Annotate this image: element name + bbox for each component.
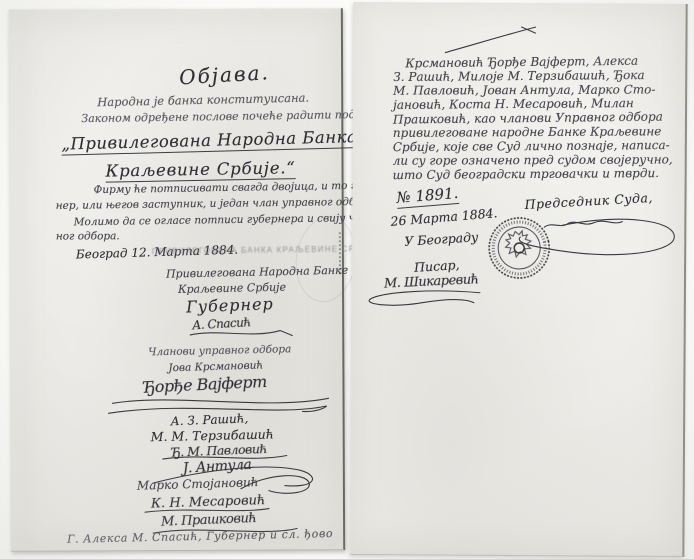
board-heading: Чланови управног одбора xyxy=(148,343,291,358)
case-number: № 1891. xyxy=(396,184,459,209)
body-line: што Суд београдски трговачки и тврди. xyxy=(393,166,659,182)
firm-name-line: Краљевине Србије.“ xyxy=(105,158,295,182)
bottom-annotation: Г. Алекса М. Спасић, Губернер и сл. ђово xyxy=(67,527,333,546)
governor-signature-flourish xyxy=(188,326,298,340)
body-line: ног одбора. xyxy=(56,230,120,242)
document-title: Објава. xyxy=(178,60,270,89)
scanned-document: Објава. Народна је банка конституисана. … xyxy=(0,0,694,559)
ghost-seal-impression xyxy=(290,213,361,306)
left-page: Објава. Народна је банка конституисана. … xyxy=(9,8,345,551)
place-line: У Београду xyxy=(404,229,479,249)
intro-line: Народна је банка конституисана. xyxy=(97,91,309,110)
right-page: Крсмановић Ђорђе Вајферт, Алекса З. Раши… xyxy=(350,2,687,557)
signature-flourish xyxy=(362,288,492,311)
pen-flourish-icon xyxy=(443,21,543,58)
governor-title: Губернер xyxy=(186,294,274,316)
board-signature: А. З. Рашић, xyxy=(170,411,248,428)
clerk-title: Писар, xyxy=(414,257,460,275)
firm-name-line: „Привилегована Народна Банка xyxy=(61,127,357,155)
body-line: нер, или његов заступник, и један члан у… xyxy=(56,196,378,212)
body-line: З. Рашић, Милоје М. Терзибашић, Ђока xyxy=(393,68,644,84)
